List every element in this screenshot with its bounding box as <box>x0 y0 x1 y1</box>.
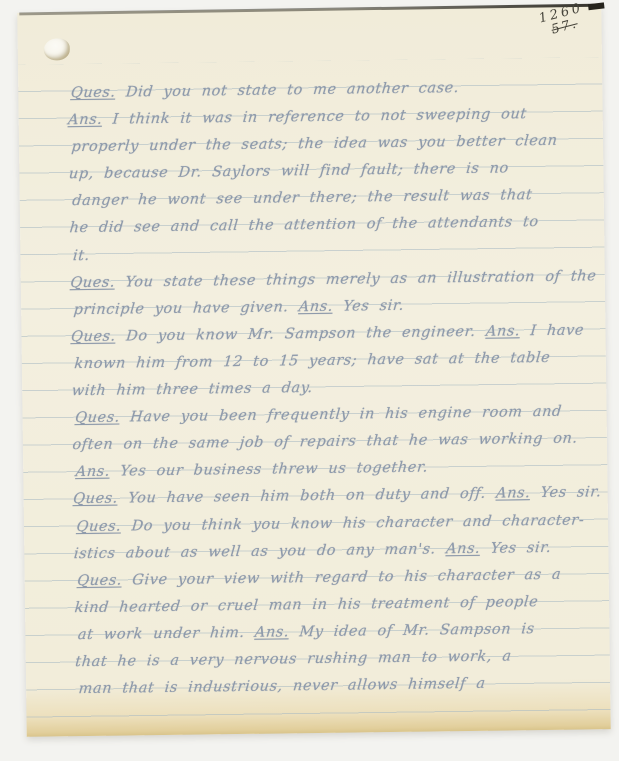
handwritten-line: man that is industrious, never allows hi… <box>77 669 598 703</box>
page-number-annotation: 1260 57. <box>538 2 588 39</box>
scanned-document-view: 1260 57. Ques. Did you not state to me a… <box>0 0 619 761</box>
page-corner-shadow <box>588 2 605 10</box>
manuscript-page: 1260 57. Ques. Did you not state to me a… <box>17 5 610 737</box>
paper-hole-blemish <box>44 38 70 60</box>
handwritten-text-block: Ques. Did you not state to me another ca… <box>18 73 610 704</box>
crossed-out-number: 57. <box>550 18 579 36</box>
page-top-edge-shadow <box>19 4 602 16</box>
